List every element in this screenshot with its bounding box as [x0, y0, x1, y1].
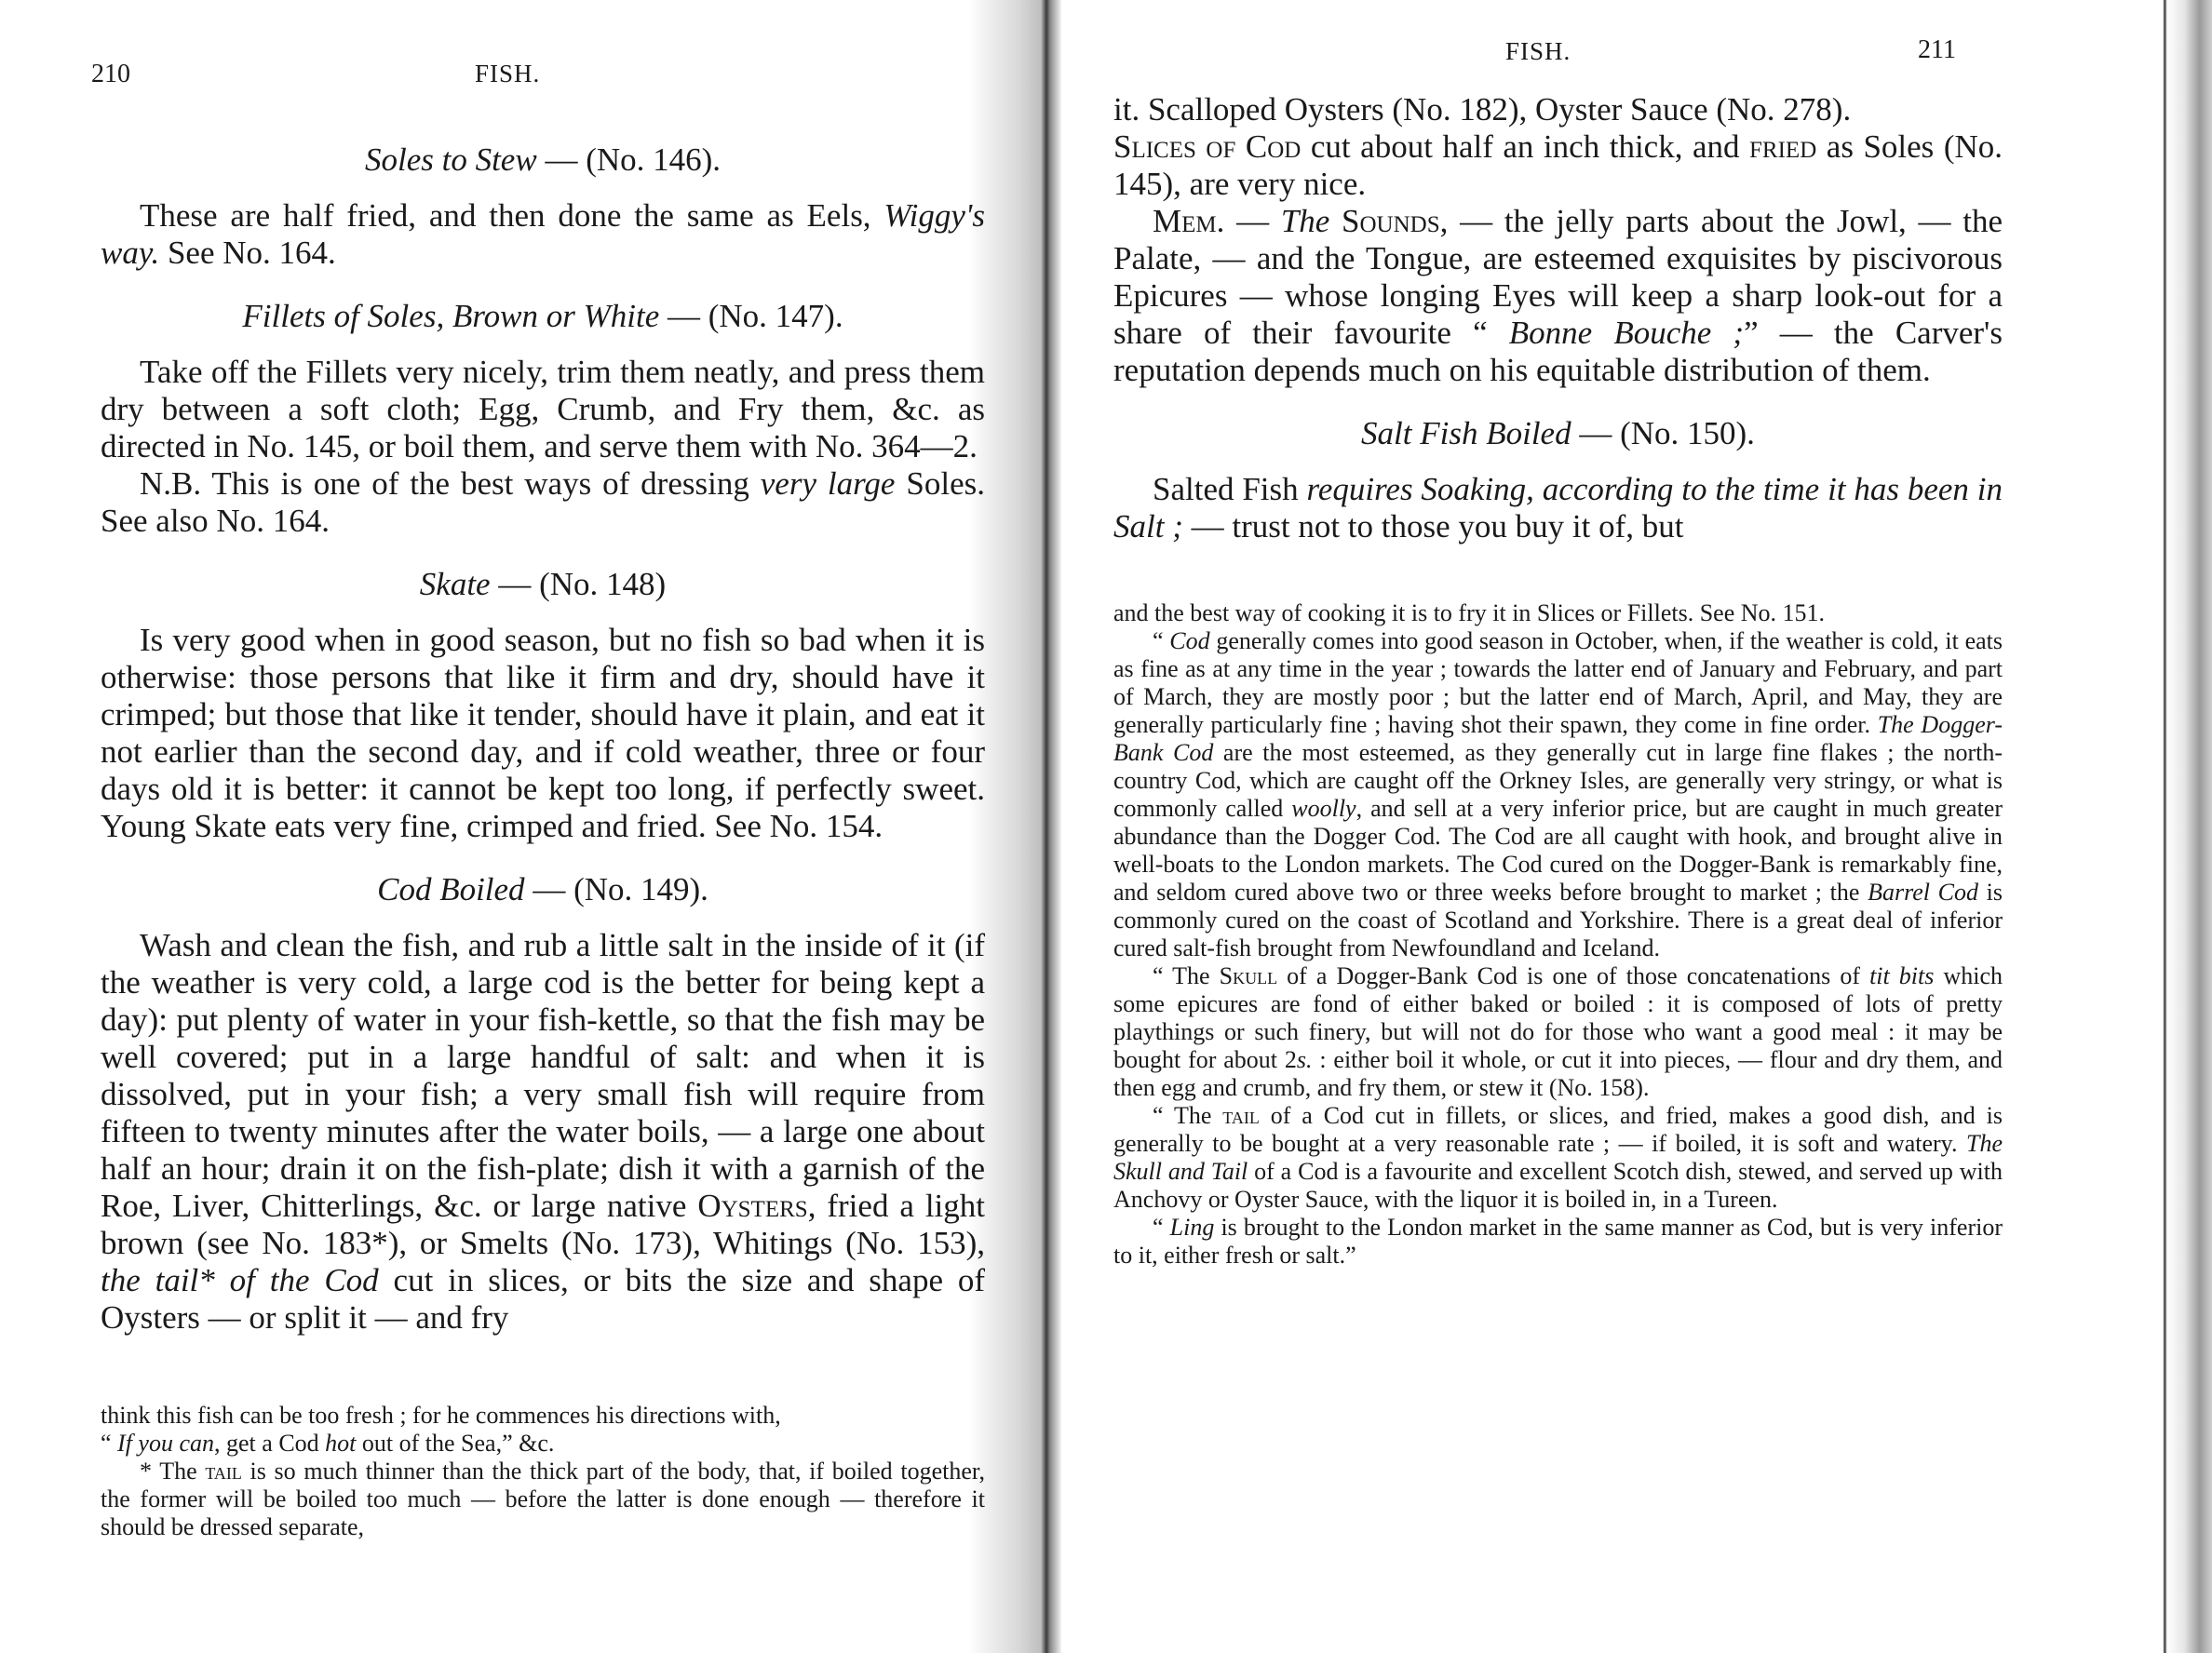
recipe-note-147: N.B. This is one of the best ways of dre… [101, 465, 985, 540]
right-page-body: it. Scalloped Oysters (No. 182), Oyster … [1113, 91, 2003, 1270]
recipe-body-146: These are half fried, and then done the … [101, 197, 985, 272]
page-number: 210 [91, 60, 130, 89]
recipe-body-148: Is very good when in good season, but no… [101, 622, 985, 845]
running-head: FISH. [475, 60, 540, 88]
note-tail: “ The tail of a Cod cut in fillets, or s… [1113, 1102, 2003, 1214]
note-continuation: and the best way of cooking it is to fry… [1113, 599, 2003, 627]
footnote-continuation: think this fish can be too fresh ; for h… [101, 1402, 985, 1458]
recipe-body-147: Take off the Fillets very nicely, trim t… [101, 354, 985, 465]
recipe-heading-148: Skate — (No. 148) [101, 564, 985, 605]
left-page: 210 FISH. Soles to Stew — (No. 146). The… [0, 0, 987, 1653]
recipe-heading-150: Salt Fish Boiled — (No. 150). [1113, 413, 2003, 454]
continuation-text: it. Scalloped Oysters (No. 182), Oyster … [1113, 91, 2003, 128]
note-skull: “ The Skull of a Dogger-Bank Cod is one … [1113, 962, 2003, 1102]
left-page-body: Soles to Stew — (No. 146). These are hal… [101, 140, 985, 1541]
note-cod: “ Cod generally comes into good season i… [1113, 627, 2003, 962]
recipe-heading-146: Soles to Stew — (No. 146). [101, 140, 985, 181]
slices-of-cod-text: Slices of Cod cut about half an inch thi… [1113, 128, 2003, 203]
recipe-body-150: Salted Fish requires Soaking, according … [1113, 471, 2003, 545]
running-head: FISH. [1505, 37, 1571, 66]
page-number: 211 [1918, 35, 1956, 65]
mem-note: Mem. — The Sounds, — the jelly parts abo… [1113, 203, 2003, 389]
recipe-heading-149: Cod Boiled — (No. 149). [101, 869, 985, 910]
recipe-heading-147: Fillets of Soles, Brown or White — (No. … [101, 296, 985, 337]
footnote-tail: * The tail is so much thinner than the t… [101, 1458, 985, 1541]
recipe-body-149: Wash and clean the fish, and rub a littl… [101, 927, 985, 1337]
note-ling: “ Ling is brought to the London market i… [1113, 1214, 2003, 1270]
